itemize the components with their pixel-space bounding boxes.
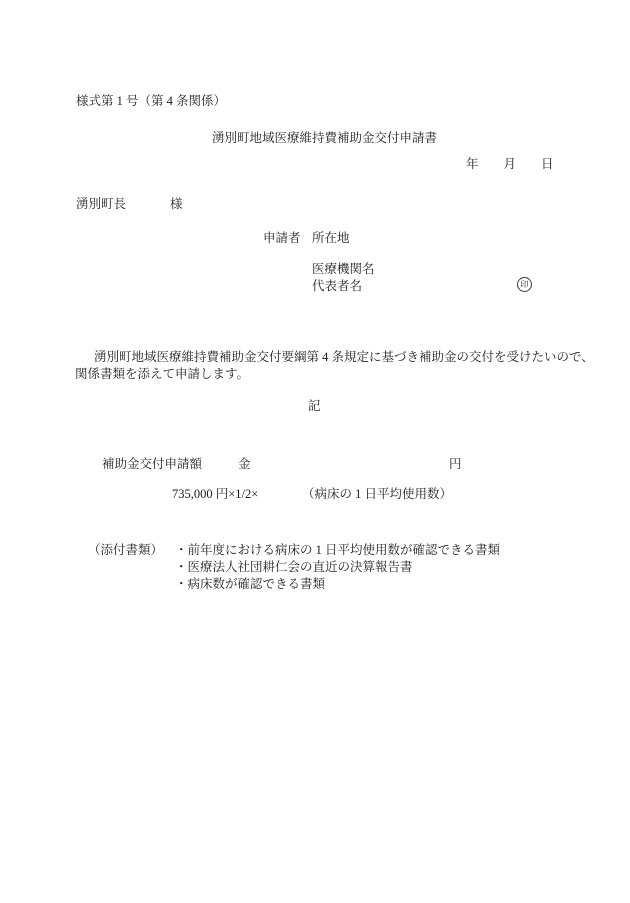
representative-name-label: 代表者名 xyxy=(312,279,362,294)
attachment-item: ・前年度における病床の 1 日平均使用数が確認できる書類 xyxy=(175,543,500,558)
seal-mark-icon: 印 xyxy=(517,277,532,292)
document-title: 湧別町地域医療維持費補助金交付申請書 xyxy=(212,131,437,146)
formula-note: （病床の 1 日平均使用数） xyxy=(302,487,452,502)
attachment-item: ・病床数が確認できる書類 xyxy=(175,577,325,592)
body-paragraph-line1: 湧別町地域医療維持費補助金交付要綱第 4 条規定に基づき補助金の交付を受けたいの… xyxy=(94,350,594,365)
addressee: 湧別町長 xyxy=(76,197,126,212)
amount-label: 補助金交付申請額 xyxy=(102,457,202,472)
applicant-address-label: 所在地 xyxy=(312,231,350,246)
amount-currency-suffix: 円 xyxy=(449,457,462,472)
form-number: 様式第 1 号（第 4 条関係） xyxy=(76,94,226,109)
attachment-item: ・医療法人社団耕仁会の直近の決算報告書 xyxy=(175,560,413,575)
amount-currency-prefix: 金 xyxy=(238,457,251,472)
attachments-label: （添付書類） xyxy=(88,543,163,558)
formula-expression: 735,000 円×1/2× xyxy=(172,487,258,502)
application-form-page: 様式第 1 号（第 4 条関係） 湧別町地域医療維持費補助金交付申請書 年 月 … xyxy=(0,0,630,903)
ki-heading: 記 xyxy=(308,399,321,414)
addressee-honorific: 様 xyxy=(170,197,183,212)
institution-name-label: 医療機関名 xyxy=(312,262,375,277)
date-line: 年 月 日 xyxy=(466,157,554,172)
applicant-label: 申請者 xyxy=(263,231,301,246)
body-paragraph-line2: 関係書類を添えて申請します。 xyxy=(75,367,249,382)
